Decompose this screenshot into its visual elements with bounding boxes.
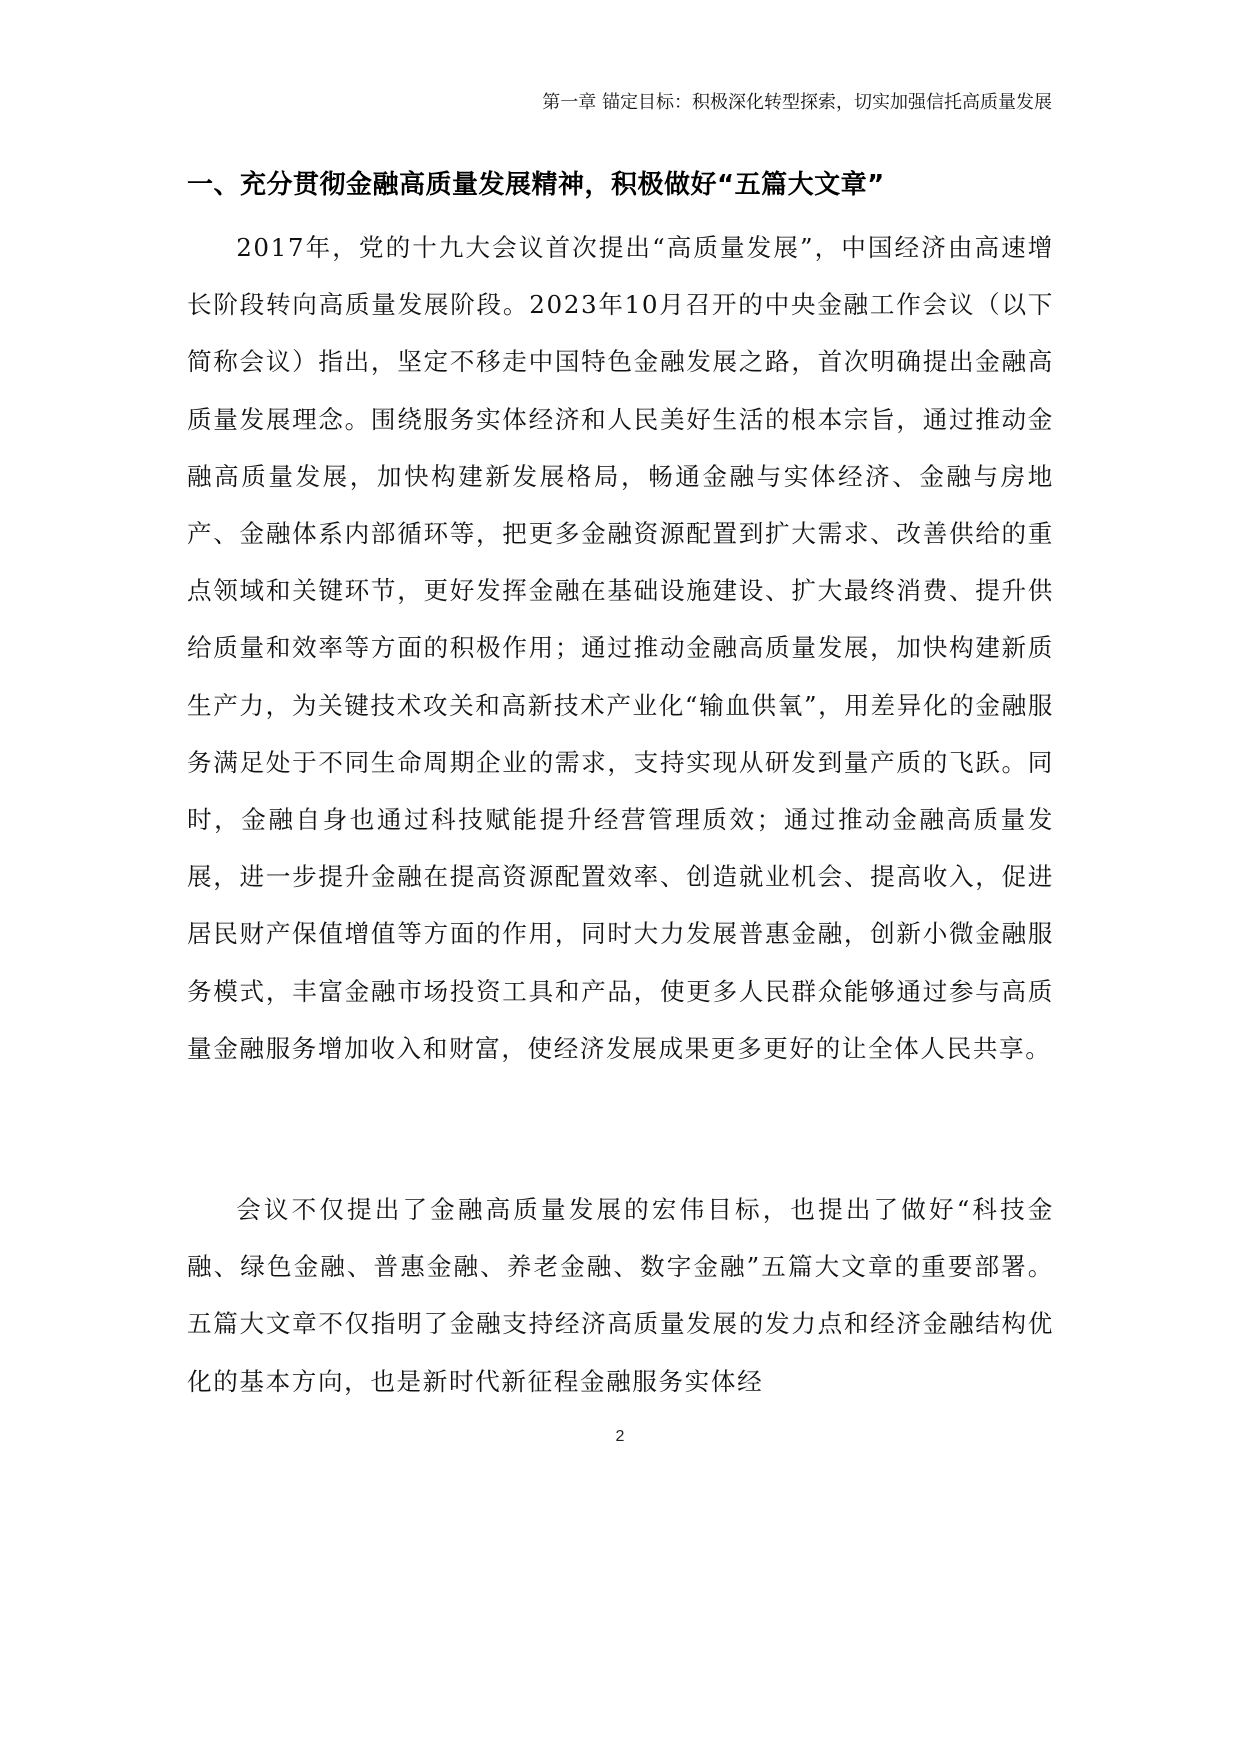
body-paragraph: 2017年，党的十九大会议首次提出“高质量发展”，中国经济由高速增长阶段转向高质…	[187, 219, 1054, 1077]
document-page: 第一章 锚定目标：积极深化转型探索，切实加强信托高质量发展 一、充分贯彻金融高质…	[0, 0, 1240, 1754]
body-paragraph-1-container: 2017年，党的十九大会议首次提出“高质量发展”，中国经济由高速增长阶段转向高质…	[187, 219, 1054, 1077]
body-paragraph-2-container: 会议不仅提出了金融高质量发展的宏伟目标，也提出了做好“科技金融、绿色金融、普惠金…	[187, 1181, 1054, 1410]
body-paragraph: 会议不仅提出了金融高质量发展的宏伟目标，也提出了做好“科技金融、绿色金融、普惠金…	[187, 1181, 1054, 1410]
section-title: 一、充分贯彻金融高质量发展精神，积极做好“五篇大文章”	[187, 166, 1067, 204]
page-number: 2	[0, 1426, 1240, 1448]
running-header: 第一章 锚定目标：积极深化转型探索，切实加强信托高质量发展	[542, 91, 1052, 115]
